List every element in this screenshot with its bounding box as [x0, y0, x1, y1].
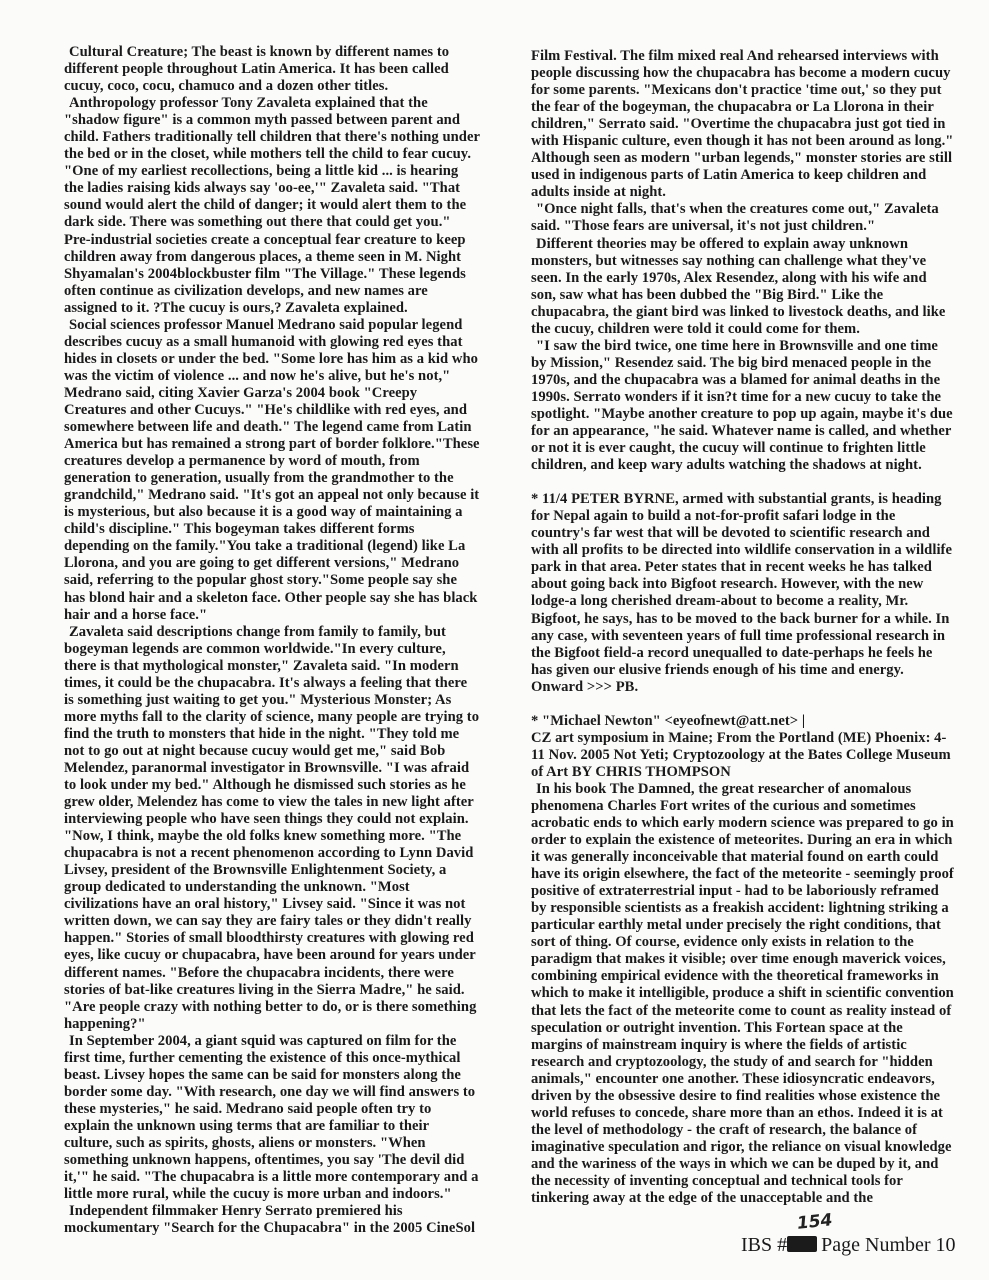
- page-footer: IBS #Page Number 10: [741, 1234, 956, 1256]
- paragraph-medrano-legend: Social sciences professor Manuel Medrano…: [64, 317, 480, 624]
- news-item-newton-body: In his book The Damned, the great resear…: [531, 781, 955, 1207]
- paragraph-zavaleta-shadow-figure: Anthropology professor Tony Zavaleta exp…: [64, 95, 480, 317]
- paragraph-mysterious-monster: Zavaleta said descriptions change from f…: [64, 624, 480, 1033]
- paragraph-night-falls: "Once night falls, that's when the creat…: [531, 201, 955, 235]
- paragraph-resendez-quote: "I saw the bird twice, one time here in …: [531, 338, 955, 474]
- right-column: Film Festival. The film mixed real And r…: [531, 48, 955, 1207]
- paragraph-serrato-intro: Independent filmmaker Henry Serrato prem…: [64, 1203, 480, 1237]
- paragraph-big-bird: Different theories may be offered to exp…: [531, 236, 955, 338]
- paragraph-cultural-creature: Cultural Creature; The beast is known by…: [64, 44, 480, 95]
- paragraph-film-festival: Film Festival. The film mixed real And r…: [531, 48, 955, 201]
- footer-page-number: Page Number 10: [821, 1234, 955, 1256]
- news-item-peter-byrne: * 11/4 PETER BYRNE, armed with substanti…: [531, 491, 955, 696]
- paragraph-giant-squid: In September 2004, a giant squid was cap…: [64, 1033, 480, 1203]
- newsletter-page: Cultural Creature; The beast is known by…: [0, 0, 989, 1280]
- left-column: Cultural Creature; The beast is known by…: [64, 44, 480, 1237]
- redacted-mark: [787, 1236, 817, 1252]
- footer-prefix: IBS #: [741, 1234, 787, 1256]
- handwritten-issue-number: 154: [796, 1210, 833, 1234]
- news-item-newton-title: CZ art symposium in Maine; From the Port…: [531, 730, 955, 781]
- news-item-newton-header: * "Michael Newton" <eyeofnewt@att.net> |: [531, 713, 955, 730]
